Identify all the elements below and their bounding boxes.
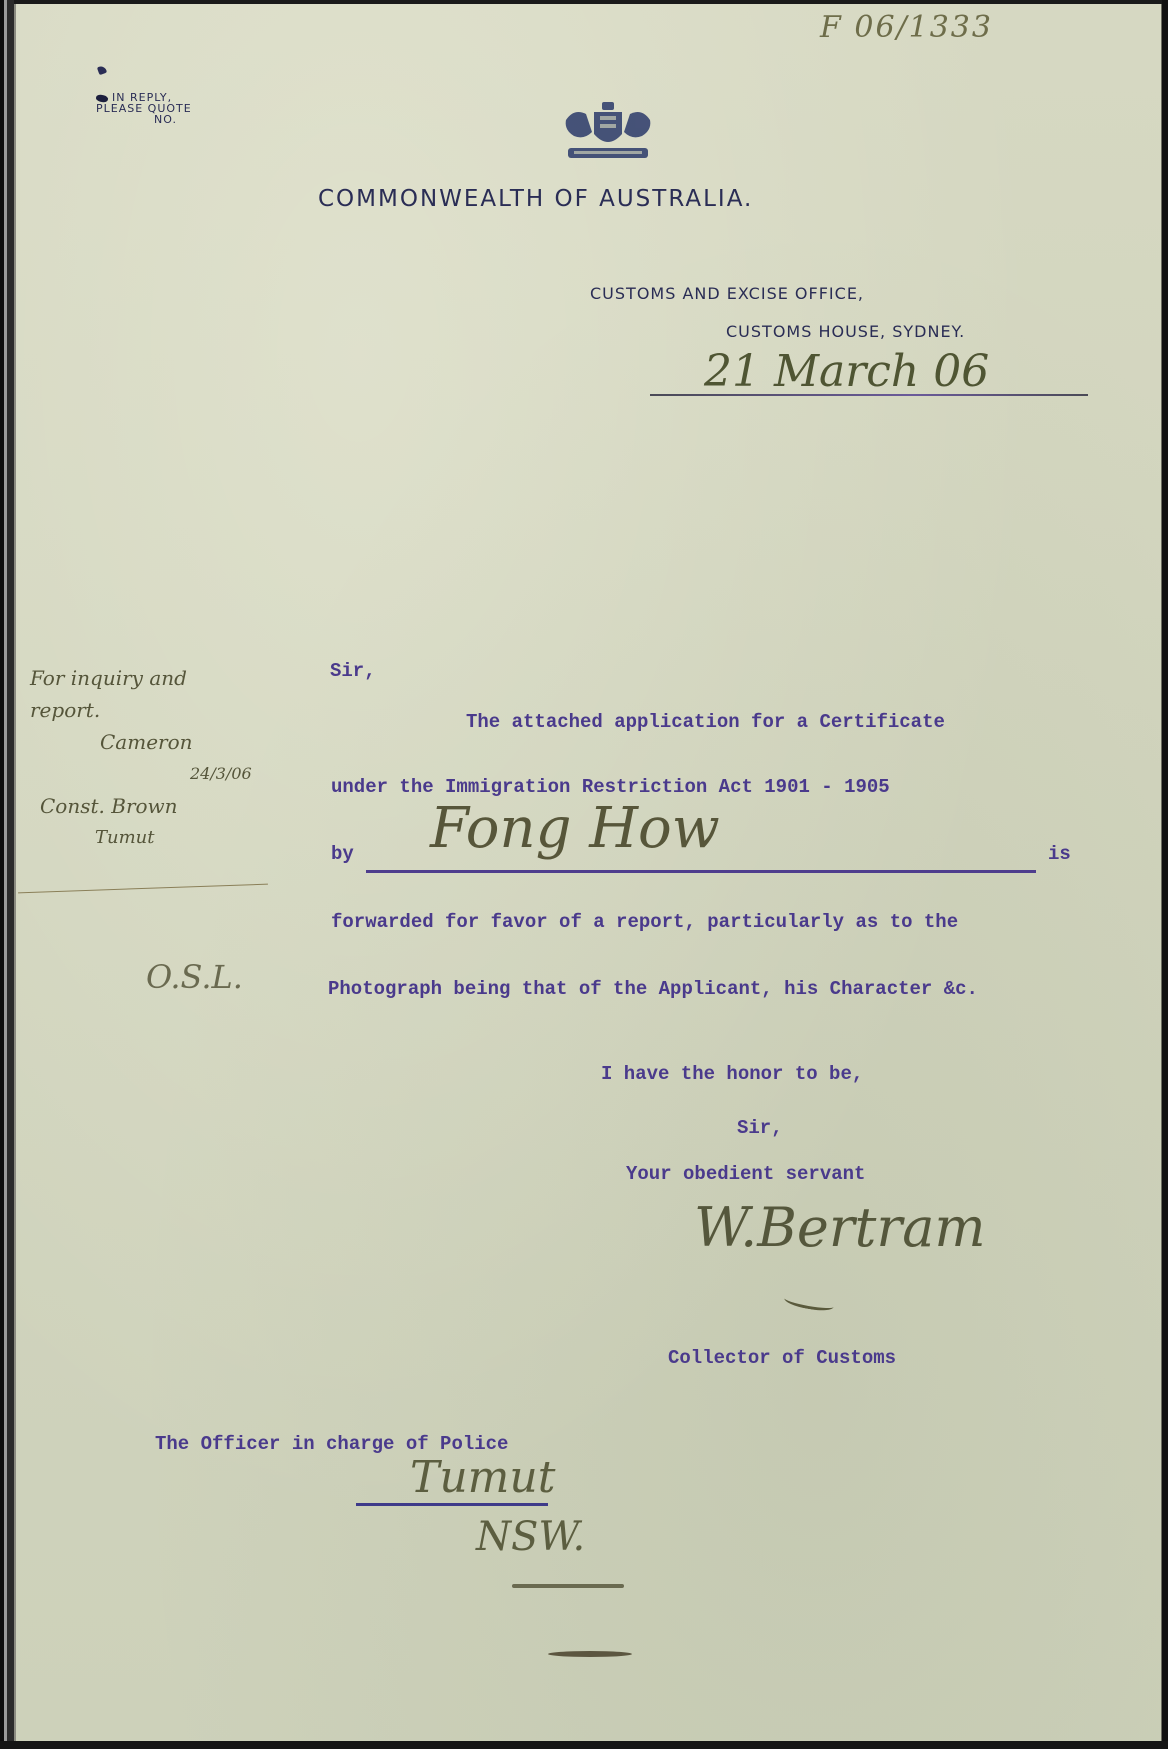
closing-line-1: I have the honor to be, — [601, 1063, 863, 1085]
state-underline — [512, 1584, 624, 1588]
by-label: by — [331, 843, 354, 865]
scan-right-edge — [1162, 0, 1168, 1749]
closing-line-2: Sir, — [737, 1117, 783, 1139]
margin-note-line-6: Tumut — [30, 822, 252, 854]
page-title: COMMONWEALTH OF AUSTRALIA. — [318, 186, 753, 212]
applicant-name: Fong How — [430, 796, 720, 861]
margin-note-line-3: Cameron — [30, 726, 252, 758]
reply-block: IN REPLY, PLEASE QUOTE NO. — [96, 92, 192, 125]
is-label: is — [1048, 843, 1071, 865]
margin-note-line-2: report. — [30, 694, 252, 726]
body-line-3: forwarded for favor of a report, particu… — [331, 911, 958, 933]
coat-of-arms-icon — [558, 100, 658, 164]
date-underline — [650, 394, 1088, 396]
margin-note-line-4: 24/3/06 — [30, 758, 252, 790]
signatory-title: Collector of Customs — [668, 1347, 896, 1369]
scan-left-edge — [0, 0, 14, 1749]
ink-dash-mark — [548, 1651, 632, 1657]
scan-bottom-edge — [0, 1741, 1168, 1749]
body-line-1: The attached application for a Certifica… — [466, 711, 945, 733]
signature: W.Bertram — [694, 1196, 986, 1259]
addressee-place: Tumut — [410, 1452, 555, 1503]
reference-number: F 06/1333 — [820, 10, 993, 45]
body-line-4: Photograph being that of the Applicant, … — [328, 978, 978, 1000]
closing-line-3: Your obedient servant — [626, 1163, 865, 1185]
margin-note: For inquiry and report. Cameron 24/3/06 … — [30, 662, 252, 854]
body-line-2: under the Immigration Restriction Act 19… — [331, 776, 890, 798]
office-line-2: CUSTOMS HOUSE, SYDNEY. — [726, 322, 965, 341]
salutation: Sir, — [330, 660, 376, 682]
initials: O.S.L. — [146, 958, 243, 996]
date-handwritten: 21 March 06 — [704, 346, 989, 397]
margin-note-line-1: For inquiry and — [30, 662, 252, 694]
reply-line-3: NO. — [96, 114, 192, 125]
place-underline — [356, 1503, 548, 1506]
applicant-underline — [366, 870, 1036, 873]
margin-note-line-5: Const. Brown — [30, 790, 252, 822]
office-line-1: CUSTOMS AND EXCISE OFFICE, — [590, 284, 864, 303]
reply-line-2: PLEASE QUOTE — [96, 103, 192, 114]
addressee-state: NSW. — [476, 1514, 585, 1560]
